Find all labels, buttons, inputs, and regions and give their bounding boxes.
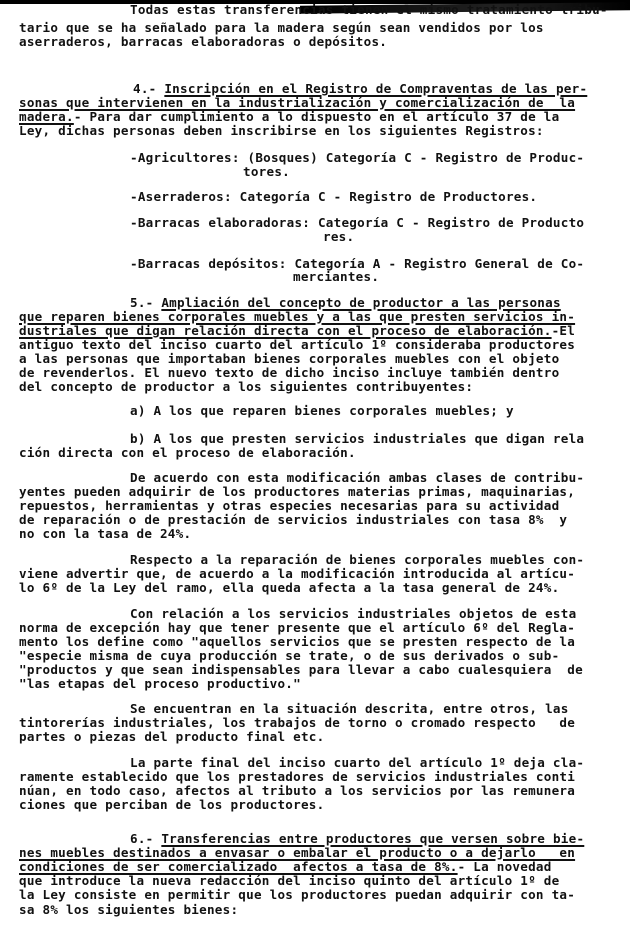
section-4-heading-line-3: madera.- Para dar cumplimiento a lo disp… [19,110,559,123]
paragraph-line: mento los define como "aquellos servicio… [19,635,575,648]
registry-aserraderos: -Aserraderos: Categoría C - Registro de … [130,190,537,203]
paragraph-first-line: De acuerdo con esta modificación ambas c… [130,471,584,484]
registry-barracas-depositos-cont: merciantes. [293,270,379,283]
section-5-body-line: a las personas que importaban bienes cor… [19,352,559,365]
section-5-heading-line-3: dustriales que digan relación directa co… [19,324,575,337]
section-6-heading-3: condiciones de ser comercializado afecto… [19,859,458,874]
paragraph-line: de reparación o de prestación de servici… [19,513,567,526]
section-6-heading-line-1: 6.- Transferencias entre productores que… [130,832,584,845]
registry-agricultores: -Agricultores: (Bosques) Categoría C - R… [130,151,584,164]
section-5-body-line: del concepto de productor a los siguient… [19,380,473,393]
section-6-body-line: la Ley consiste en permitir que los prod… [19,888,575,901]
paragraph-line: ciones que perciban de los productores. [19,798,324,811]
section-4-body-line: Ley, dichas personas deben inscribirse e… [19,124,544,137]
paragraph-line: ramente establecido que los prestadores … [19,770,575,783]
paragraph-first-line: La parte final del inciso cuarto del art… [130,756,584,769]
section-5-body-line: antiguo texto del inciso cuarto del artí… [19,338,575,351]
paragraph-line: "las etapas del proceso productivo." [19,677,301,690]
registry-barracas-elaboradoras: -Barracas elaboradoras: Categoría C - Re… [130,216,584,229]
registry-barracas-elaboradoras-cont: res. [323,230,354,243]
intro-line-1: Todas estas transferencias tienen el mis… [130,3,608,16]
section-4-body-start: - Para dar cumplimiento a lo dispuesto e… [74,109,560,124]
paragraph-line: repuestos, herramientas y otras especies… [19,499,559,512]
section-5-heading-line-2: que reparen bienes corporales muebles y … [19,310,575,323]
paragraph-line: lo 6º de la Ley del ramo, ella queda afe… [19,581,559,594]
paragraph-line: no con la tasa de 24%. [19,527,191,540]
intro-line-2: tario que se ha señalado para la madera … [19,21,544,34]
section-6-body-start: - La novedad [458,859,552,874]
section-5-item-a: a) A los que reparen bienes corporales m… [130,404,514,417]
paragraph-line: partes o piezas del producto final etc. [19,730,324,743]
paragraph-first-line: Con relación a los servicios industriale… [130,607,576,620]
section-6-heading-line-2: nes muebles destinados a envasar o embal… [19,846,575,859]
paragraph-line: norma de excepción hay que tener present… [19,621,575,634]
paragraph-line: núan, en todo caso, afectos al tributo a… [19,784,575,797]
paragraph-line: "especie misma de cuya producción se tra… [19,649,559,662]
section-5-number: 5.- [130,295,154,310]
scanned-document-page: Todas estas transferencias tienen el mis… [0,0,630,929]
section-4-heading-1: Inscripción en el Registro de Compravent… [164,81,587,96]
paragraph-line: viene advertir que, de acuerdo a la modi… [19,567,575,580]
paragraph-first-line: Respecto a la reparación de bienes corpo… [130,553,584,566]
section-6-heading-line-3: condiciones de ser comercializado afecto… [19,860,552,873]
paragraph-first-line: Se encuentran en la situación descrita, … [130,702,569,715]
section-4-heading-line-2: sonas que intervienen en la industrializ… [19,96,575,109]
section-5-body-start: -El [552,323,576,338]
section-4-heading-3: madera. [19,109,74,124]
paragraph-line: "productos y que sean indispensables par… [19,663,583,676]
section-5-item-b-cont: ción directa con el proceso de elaboraci… [19,446,356,459]
section-5-heading-3: dustriales que digan relación directa co… [19,323,552,338]
registry-agricultores-cont: tores. [243,165,290,178]
section-4-heading-line-1: 4.- Inscripción en el Registro de Compra… [133,82,587,95]
paragraph-line: yentes pueden adquirir de los productore… [19,485,575,498]
section-5-item-b: b) A los que presten servicios industria… [130,432,584,445]
section-6-body-line: que introduce la nueva redacción del inc… [19,874,559,887]
paragraph-line: tintorerías industriales, los trabajos d… [19,716,575,729]
intro-line-3: aserraderos, barracas elaboradoras o dep… [19,35,387,48]
section-5-heading-line-1: 5.- Ampliación del concepto de productor… [130,296,561,309]
section-6-number: 6.- [130,831,154,846]
section-6-heading-1: Transferencias entre productores que ver… [161,831,584,846]
section-5-body-line: de revenderlos. El nuevo texto de dicho … [19,366,559,379]
section-4-number: 4.- [133,81,157,96]
section-5-heading-1: Ampliación del concepto de productor a l… [161,295,560,310]
section-6-body-line: sa 8% los siguientes bienes: [19,903,238,916]
